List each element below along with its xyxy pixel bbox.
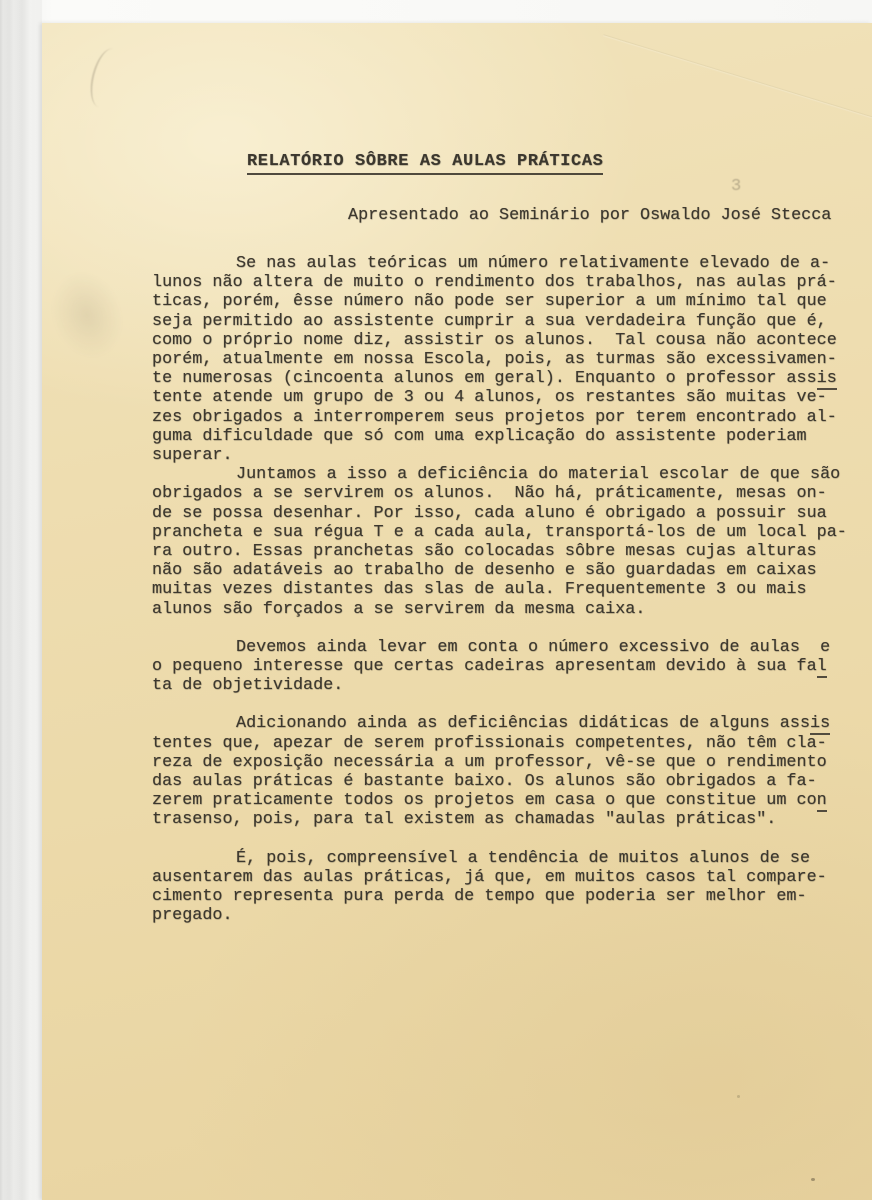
paragraph: Devemos ainda levar em conta o número ex… <box>152 638 864 696</box>
text-line: seja permitido ao assistente cumprir a s… <box>152 312 864 331</box>
text-line: como o próprio nome diz, assistir os alu… <box>152 331 864 350</box>
text-line: Juntamos a isso a deficiência do materia… <box>152 465 864 484</box>
text-line: ausentarem das aulas práticas, já que, e… <box>152 868 864 887</box>
continuation-underline: is <box>810 714 830 735</box>
text-line: reza de exposição necessária a um profes… <box>152 753 864 772</box>
text-line: tentes que, apezar de serem profissionai… <box>152 734 864 753</box>
text-line: alunos são forçados a se servirem da mes… <box>152 600 864 619</box>
scanned-page: RELATÓRIO SÔBRE AS AULAS PRÁTICAS Aprese… <box>0 0 872 1200</box>
stray-pencil-character: 3 <box>731 177 741 196</box>
text-line: o pequeno interesse que certas cadeiras … <box>152 657 864 676</box>
paper-crease <box>603 34 872 123</box>
continuation-underline: l <box>817 657 827 678</box>
text-line: trasenso, pois, para tal existem as cham… <box>152 810 864 829</box>
text-line: te numerosas (cincoenta alunos em geral)… <box>152 369 864 388</box>
text-line: prancheta e sua régua T e a cada aula, t… <box>152 523 864 542</box>
continuation-underline: n <box>817 791 827 812</box>
scanner-margin <box>0 0 42 1200</box>
text-line: É, pois, compreensível a tendência de mu… <box>152 849 864 868</box>
text-line: não são adatáveis ao trabalho de desenho… <box>152 561 864 580</box>
text-line: Se nas aulas teóricas um número relativa… <box>152 254 864 273</box>
text-line: porém, atualmente em nossa Escola, pois,… <box>152 350 864 369</box>
paper-sheet: RELATÓRIO SÔBRE AS AULAS PRÁTICAS Aprese… <box>42 23 872 1200</box>
document-title: RELATÓRIO SÔBRE AS AULAS PRÁTICAS <box>247 152 603 175</box>
paragraph: Juntamos a isso a deficiência do materia… <box>152 465 864 619</box>
paragraph: É, pois, compreensível a tendência de mu… <box>152 849 864 926</box>
text-line: Adicionando ainda as deficiências didáti… <box>152 714 864 733</box>
text-line: ra outro. Essas pranchetas são colocadas… <box>152 542 864 561</box>
text-line: de se possa desenhar. Por isso, cada alu… <box>152 504 864 523</box>
document-body: Se nas aulas teóricas um número relativa… <box>152 254 864 926</box>
text-line: guma dificuldade que só com uma explicaç… <box>152 427 864 446</box>
text-line: Devemos ainda levar em conta o número ex… <box>152 638 864 657</box>
text-line: obrigados a se servirem os alunos. Não h… <box>152 484 864 503</box>
text-line: zes obrigados a interromperem seus proje… <box>152 408 864 427</box>
text-line: lunos não altera de muito o rendimento d… <box>152 273 864 292</box>
text-line: ticas, porém, êsse número não pode ser s… <box>152 292 864 311</box>
text-line: pregado. <box>152 906 864 925</box>
document-byline: Apresentado ao Seminário por Oswaldo Jos… <box>348 206 831 225</box>
text-line: zerem praticamente todos os projetos em … <box>152 791 864 810</box>
text-line: das aulas práticas é bastante baixo. Os … <box>152 772 864 791</box>
text-line: superar. <box>152 446 864 465</box>
paper-speck <box>811 1178 815 1181</box>
text-line: muitas vezes distantes das slas de aula.… <box>152 580 864 599</box>
text-line: ta de objetividade. <box>152 676 864 695</box>
text-line: tente atende um grupo de 3 ou 4 alunos, … <box>152 388 864 407</box>
text-line: cimento representa pura perda de tempo q… <box>152 887 864 906</box>
paragraph: Se nas aulas teóricas um número relativa… <box>152 254 864 465</box>
paper-speck <box>737 1095 740 1098</box>
paragraph: Adicionando ainda as deficiências didáti… <box>152 714 864 829</box>
